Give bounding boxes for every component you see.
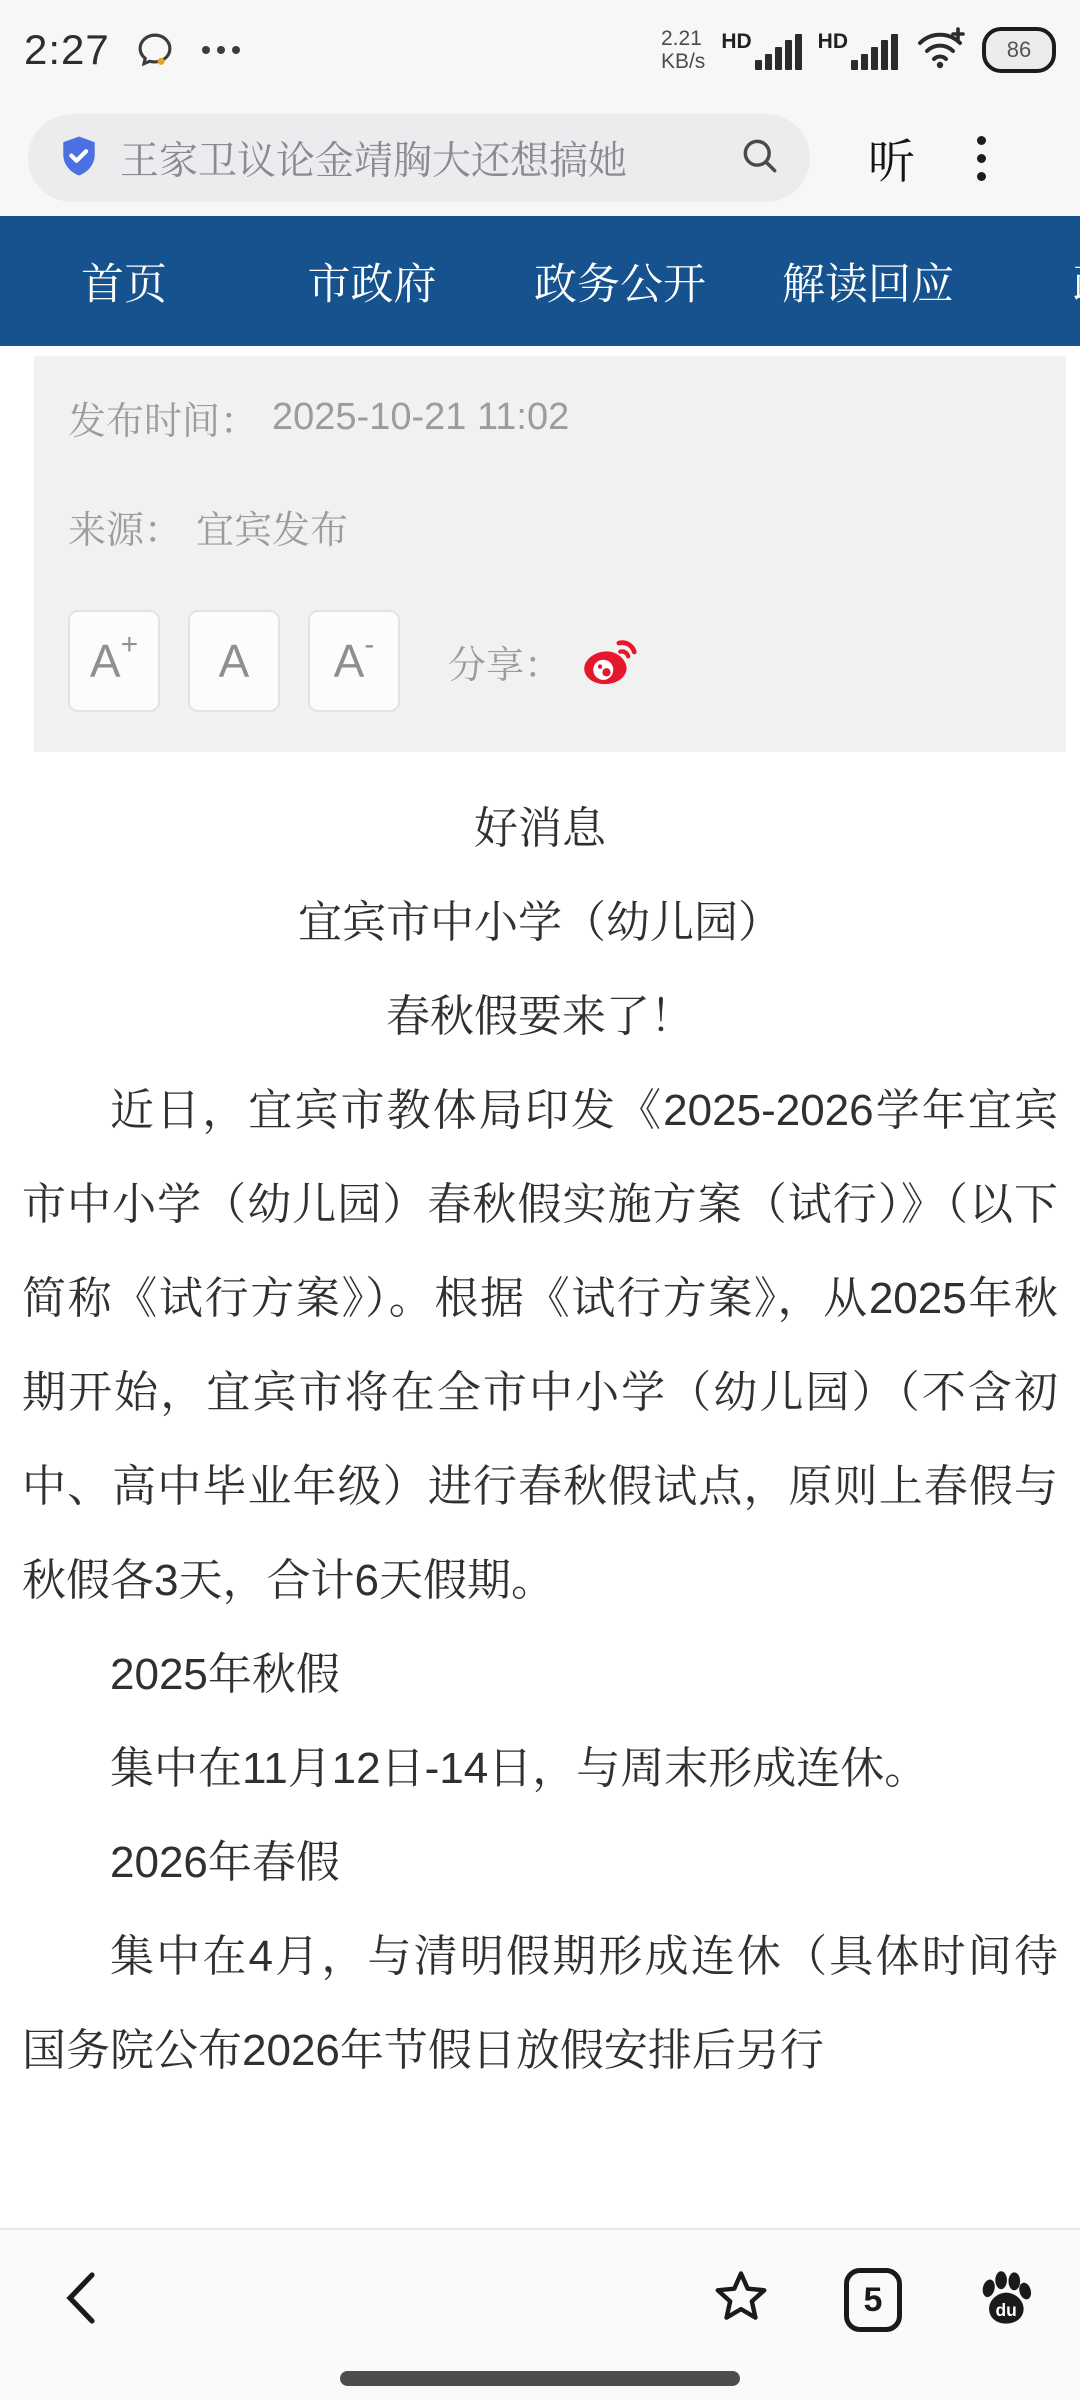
battery-percent: 86 [1007, 37, 1031, 63]
favorite-star-button[interactable] [710, 2267, 772, 2334]
font-smaller-button[interactable]: A- [308, 610, 400, 712]
publish-time-label: 发布时间： [68, 390, 258, 445]
tabs-button[interactable]: 5 [844, 2268, 902, 2332]
source-label: 来源： [68, 499, 182, 554]
weibo-share-icon[interactable] [580, 635, 638, 687]
publish-time-row: 发布时间： 2025-10-21 11:02 [68, 390, 1036, 445]
article-meta-box: 发布时间： 2025-10-21 11:02 来源： 宜宾发布 A+ A A- … [34, 356, 1066, 752]
font-larger-sup: + [121, 628, 139, 662]
site-nav: 首页 市政府 政务公开 解读回应 政策 [0, 216, 1080, 346]
shield-check-icon [56, 133, 102, 184]
clock: 2:27 [24, 26, 110, 74]
publish-time-value: 2025-10-21 11:02 [272, 396, 569, 439]
source-value: 宜宾发布 [196, 499, 348, 554]
phone-screen: 2:27 2.21 KB/s HD HD [0, 0, 1080, 2400]
article-paragraph: 2025年秋假 [22, 1628, 1058, 1722]
svg-text:du: du [996, 2300, 1017, 2320]
article-paragraph: 集中在4月，与清明假期形成连休（具体时间待国务院公布2026年节假日放假安排后另… [22, 1910, 1058, 2098]
signal-sim2-icon: HD [818, 30, 898, 70]
browser-menu-icon[interactable] [977, 136, 986, 181]
hd-badge: HD [818, 30, 848, 54]
listen-button[interactable]: 听 [868, 125, 915, 192]
font-larger-button[interactable]: A+ [68, 610, 160, 712]
battery-icon: 86 [982, 27, 1056, 73]
nav-item-policy[interactable]: 政策 [992, 251, 1080, 312]
font-normal-button[interactable]: A [188, 610, 280, 712]
wifi-icon [914, 25, 966, 76]
home-indicator[interactable] [340, 2371, 740, 2386]
tab-count: 5 [864, 2281, 883, 2320]
nav-item-city-gov[interactable]: 市政府 [248, 251, 496, 312]
status-bar: 2:27 2.21 KB/s HD HD [0, 0, 1080, 100]
article-paragraph: 近日，宜宾市教体局印发《2025-2026学年宜宾市中小学（幼儿园）春秋假实施方… [22, 1064, 1058, 1628]
article-title-line: 宜宾市中小学（幼儿园） [22, 876, 1058, 970]
nav-item-interpretation[interactable]: 解读回应 [744, 251, 992, 312]
article-title-line: 好消息 [22, 782, 1058, 876]
messenger-icon [134, 29, 176, 71]
signal-sim1-icon: HD [721, 30, 801, 70]
nav-item-home[interactable]: 首页 [0, 251, 248, 312]
bottom-bar-right-cluster: 5 du [710, 2267, 1036, 2334]
network-speed: 2.21 KB/s [661, 27, 705, 73]
font-size-and-share-row: A+ A A- 分享： [68, 610, 1036, 712]
font-smaller-sup: - [364, 628, 374, 662]
search-query-text: 王家卫议论金靖胸大还想搞她 [120, 130, 738, 186]
search-input[interactable]: 王家卫议论金靖胸大还想搞她 [28, 114, 810, 202]
notification-more-icon [202, 46, 240, 54]
back-button[interactable] [56, 2267, 106, 2334]
font-normal-label: A [219, 634, 250, 688]
nav-item-gov-openness[interactable]: 政务公开 [496, 251, 744, 312]
baidu-home-button[interactable]: du [974, 2267, 1036, 2334]
net-speed-value: 2.21 [661, 27, 702, 50]
article-paragraph: 2026年春假 [22, 1816, 1058, 1910]
status-right-cluster: 2.21 KB/s HD HD 86 [661, 25, 1056, 76]
source-row: 来源： 宜宾发布 [68, 499, 1036, 554]
hd-badge: HD [721, 30, 751, 54]
net-speed-unit: KB/s [661, 50, 705, 73]
browser-toolbar: 王家卫议论金靖胸大还想搞她 听 [0, 100, 1080, 216]
font-smaller-label: A [334, 634, 365, 688]
search-icon[interactable] [738, 134, 782, 183]
article-content: 好消息 宜宾市中小学（幼儿园） 春秋假要来了！ 近日，宜宾市教体局印发《2025… [0, 752, 1080, 2098]
article-paragraph: 集中在11月12日-14日，与周末形成连休。 [22, 1722, 1058, 1816]
font-larger-label: A [90, 634, 121, 688]
article-title-line: 春秋假要来了！ [22, 970, 1058, 1064]
share-label: 分享： [448, 634, 562, 689]
